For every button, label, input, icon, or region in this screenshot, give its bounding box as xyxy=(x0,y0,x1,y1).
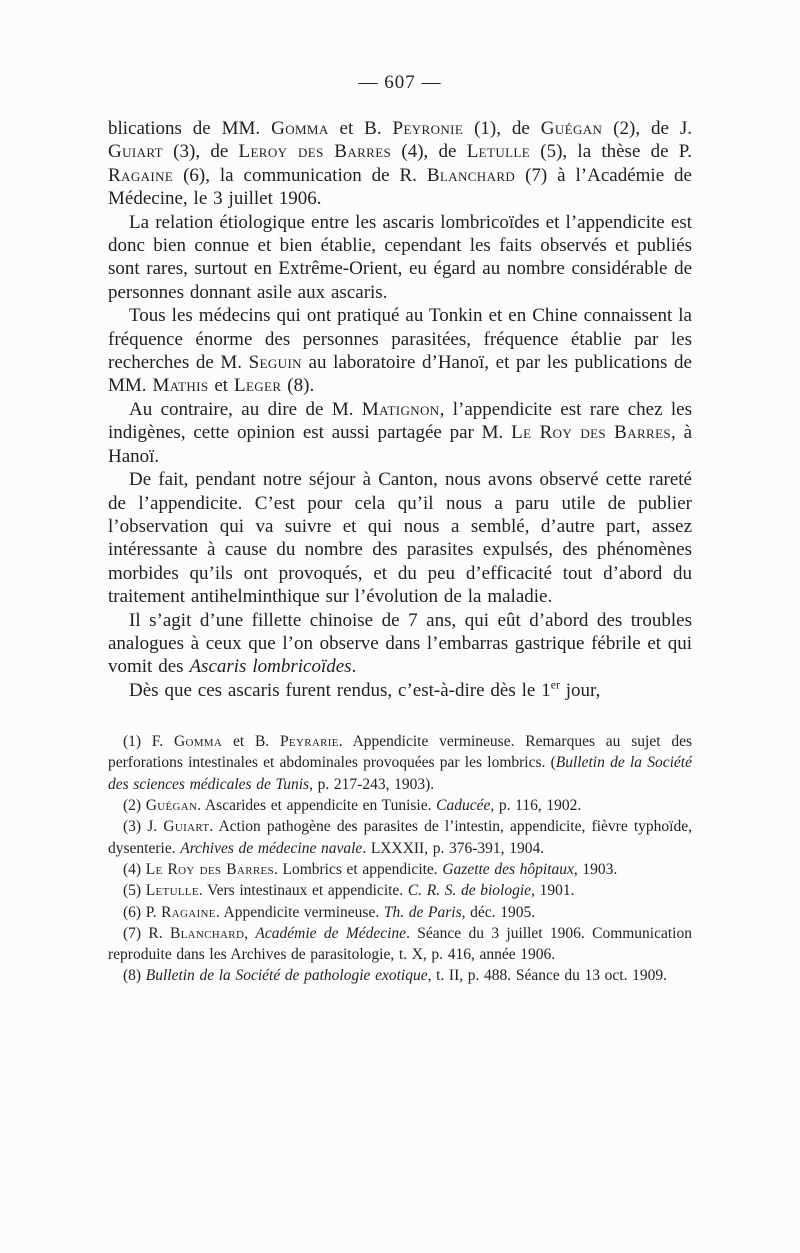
body-paragraph: Il s’agit d’une fillette chinoise de 7 a… xyxy=(108,609,692,679)
text-segment: (5), la thèse de P. xyxy=(530,141,692,162)
body-paragraph: La relation étiologique entre les ascari… xyxy=(108,211,692,305)
text-segment: (7) R. xyxy=(123,925,170,942)
italic-title: C. R. S. de biologie xyxy=(408,882,531,899)
person-name: Peyronie xyxy=(393,118,464,139)
text-segment: (1), de xyxy=(463,118,541,139)
person-name: Mathis xyxy=(152,375,208,396)
person-name: Ragaine xyxy=(108,165,173,186)
text-segment: . LXXXII, p. 376-391, 1904. xyxy=(362,840,544,857)
text-segment: (4) xyxy=(123,861,146,878)
footnote: (5) Letulle. Vers intestinaux et appendi… xyxy=(108,880,692,901)
person-name: Peyrarie xyxy=(280,733,339,750)
text-segment: (5) xyxy=(123,882,146,899)
footnote: (8) Bulletin de la Société de pathologie… xyxy=(108,965,692,986)
footnote: (2) Guégan. Ascarides et appendicite en … xyxy=(108,795,692,816)
body-paragraph: Au contraire, au dire de M. Matignon, l’… xyxy=(108,398,692,468)
text-segment: La relation étiologique entre les ascari… xyxy=(108,212,692,303)
text-segment: De fait, pendant notre séjour à Canton, … xyxy=(108,469,692,607)
person-name: Letulle xyxy=(467,141,530,162)
person-name: Gomma xyxy=(174,733,222,750)
person-name: Gomma xyxy=(271,118,329,139)
body-paragraph: Dès que ces ascaris furent rendus, c’est… xyxy=(108,679,692,702)
text-segment: . xyxy=(352,656,357,677)
person-name: Le Roy des Barres xyxy=(511,422,671,443)
person-name: Ragaine xyxy=(161,904,216,921)
text-segment: Au contraire, au dire de M. xyxy=(129,399,362,420)
text-segment: . Ascarides et appendicite en Tunisie. xyxy=(197,797,436,814)
text-segment: (8) xyxy=(123,967,146,984)
text-segment: (3) J. xyxy=(123,818,163,835)
text-segment: jour, xyxy=(560,680,601,701)
text-segment: et B. xyxy=(329,118,393,139)
text-segment: (6), la communication de R. xyxy=(173,165,427,186)
text-segment: blications de MM. xyxy=(108,118,271,139)
footnote: (7) R. Blanchard, Académie de Médecine. … xyxy=(108,923,692,966)
text-segment: (1) F. xyxy=(123,733,174,750)
body-paragraph: De fait, pendant notre séjour à Canton, … xyxy=(108,468,692,608)
text-segment: . Appendicite vermineuse. xyxy=(216,904,384,921)
italic-title: Bulletin de la Société de pathologie exo… xyxy=(146,967,428,984)
footnote: (3) J. Guiart. Action pathogène des para… xyxy=(108,816,692,859)
body-paragraph: blications de MM. Gomma et B. Peyronie (… xyxy=(108,117,692,211)
text-segment: (3), de xyxy=(163,141,239,162)
italic-title: Académie de Médecine xyxy=(255,925,406,942)
italic-title: Gazette des hôpitaux xyxy=(442,861,574,878)
person-name: Guégan xyxy=(146,797,198,814)
person-name: Guiart xyxy=(163,818,209,835)
footnotes-section: (1) F. Gomma et B. Peyrarie. Appendicite… xyxy=(108,731,692,987)
person-name: Guiart xyxy=(108,141,163,162)
page-number: — 607 — xyxy=(108,72,692,94)
body-paragraph: Tous les médecins qui ont pratiqué au To… xyxy=(108,304,692,398)
text-segment: (2) xyxy=(123,797,146,814)
person-name: Blanchard xyxy=(170,925,244,942)
text-segment: . Vers intestinaux et appendicite. xyxy=(199,882,408,899)
italic-title: Th. de Paris xyxy=(384,904,462,921)
person-name: Leger xyxy=(234,375,281,396)
text-segment: , 1903. xyxy=(574,861,617,878)
italic-title: Caducée xyxy=(436,797,490,814)
text-segment: et xyxy=(208,375,234,396)
text-segment: Dès que ces ascaris furent rendus, c’est… xyxy=(129,680,551,701)
person-name: Blanchard xyxy=(427,165,515,186)
text-segment: . Lombrics et appendicite. xyxy=(274,861,442,878)
text-segment: (8). xyxy=(281,375,314,396)
footnote: (4) Le Roy des Barres. Lombrics et appen… xyxy=(108,859,692,880)
text-segment: (6) P. xyxy=(123,904,161,921)
page-content: — 607 — blications de MM. Gomma et B. Pe… xyxy=(108,0,692,987)
text-segment: , déc. 1905. xyxy=(462,904,535,921)
footnote: (1) F. Gomma et B. Peyrarie. Appendicite… xyxy=(108,731,692,795)
text-segment: , xyxy=(244,925,255,942)
scanned-page: — 607 — blications de MM. Gomma et B. Pe… xyxy=(0,0,800,1253)
person-name: Le Roy des Barres xyxy=(146,861,274,878)
person-name: Guégan xyxy=(541,118,603,139)
superscript: er xyxy=(551,678,560,691)
italic-title: Archives de médecine navale xyxy=(180,840,362,857)
text-segment: , t. II, p. 488. Séance du 13 oct. 1909. xyxy=(428,967,667,984)
person-name: Leroy des Barres xyxy=(238,141,391,162)
text-segment: , p. 116, 1902. xyxy=(490,797,581,814)
italic-title: Ascaris lombricoïdes xyxy=(189,656,351,677)
text-segment: (2), de J. xyxy=(602,118,692,139)
text-segment: , 1901. xyxy=(531,882,574,899)
person-name: Letulle xyxy=(146,882,199,899)
text-segment: , p. 217-243, 1903). xyxy=(309,776,434,793)
person-name: Seguin xyxy=(249,352,302,373)
text-segment: et B. xyxy=(222,733,280,750)
text-segment: (4), de xyxy=(391,141,467,162)
article-body: blications de MM. Gomma et B. Peyronie (… xyxy=(108,117,692,702)
footnote: (6) P. Ragaine. Appendicite vermineuse. … xyxy=(108,902,692,923)
person-name: Matignon xyxy=(362,399,440,420)
